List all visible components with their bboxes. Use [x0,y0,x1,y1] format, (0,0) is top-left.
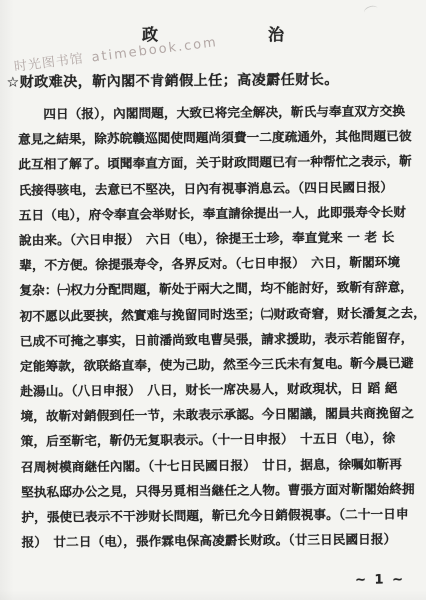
scanned-book-page: 政 治 时光图书馆atimebook.com ☆财政难决，靳內閣不肯銷假上任；高… [0,0,426,600]
body-line: 召周树模商継任內閣。（十七日民國日报） 廿日，据息，徐嘱如靳再 [21,451,421,480]
page-number: ~ 1 ~ [355,572,405,587]
section-headline: ☆财政难决，靳內閣不肯銷假上任；高凌霨任财长。 [7,69,339,92]
body-line: 堅执私邸办公之見，只得另覓相当継任之人物。曹張方面对靳閣始終拥 [21,476,421,505]
body-line: 境，故靳对銷假到任一节，未敢表示承認。今日閣議，閣員共商挽留之 [20,400,420,429]
body-line: 策，后至靳宅，靳仍无复职表示。（十一日申报） 十五日（电），徐 [21,426,421,455]
body-line: 意見之結果，除苏皖赣巡閲使問題尚須費一二度疏通外，其他問題已彼 [18,123,418,152]
body-line: 氏接得骇电，去意已不堅决，日內有視事消息云。（四日民國日报） [18,174,418,203]
body-line: 此互相了解了。頃聞奉直方面，关于財政問題已有一种帮忙之表示，靳 [18,149,418,178]
body-line: 辈，不方便。徐提張寿令，各界反对。（七日申报） 六日，靳閣环境 [19,249,419,278]
body-line: 报） 廿二日（电），張作霖电保高凌霨长财政。（廿三日民國日报） [22,526,422,555]
body-line: 說由来。（六日申报） 六日（电），徐提王士珍，奉直覚来 一 老 长 [19,224,419,253]
body-text-block: 四日（报），內閣問題，大致已将完全解决，靳氏与奉直双方交换 意見之結果，除苏皖赣… [18,98,422,555]
body-line: 定能筹款，欲联絡直奉，使为己助，然至今三氏未有复电。靳今晨已避 [20,350,420,379]
body-line: 赴湯山。（八日申报） 八日，财长一席决易人，财政現状，日 蹈 絕 [20,375,420,404]
body-line: 已成不可掩之事实，日前潘尚致电曹吴張，請求援助，表示若能留存， [20,325,420,354]
body-line: 初不愿以此要挟，然實难与挽留同时迭至；㈡财政奇窘，财长潘复之去， [20,300,420,329]
body-line: 护，張使已表示不干涉财长問題，靳已允今日銷假視事。（二十一日申 [21,501,421,530]
scan-content: ☆财政难决，靳內閣不肯銷假上任；高凌霨任财长。 四日（报），內閣問題，大致已将完… [0,0,426,600]
body-line: 复杂：㈠权力分配問題，靳处于兩大之間，均不能討好，致靳有辞意， [19,275,419,304]
body-line: 四日（报），內閣問題，大致已将完全解决，靳氏与奉直双方交换 [18,98,418,127]
body-line: 五日（电），府令奉直会举财长，奉直請徐提出一人，此即張寿令长财 [19,199,419,228]
